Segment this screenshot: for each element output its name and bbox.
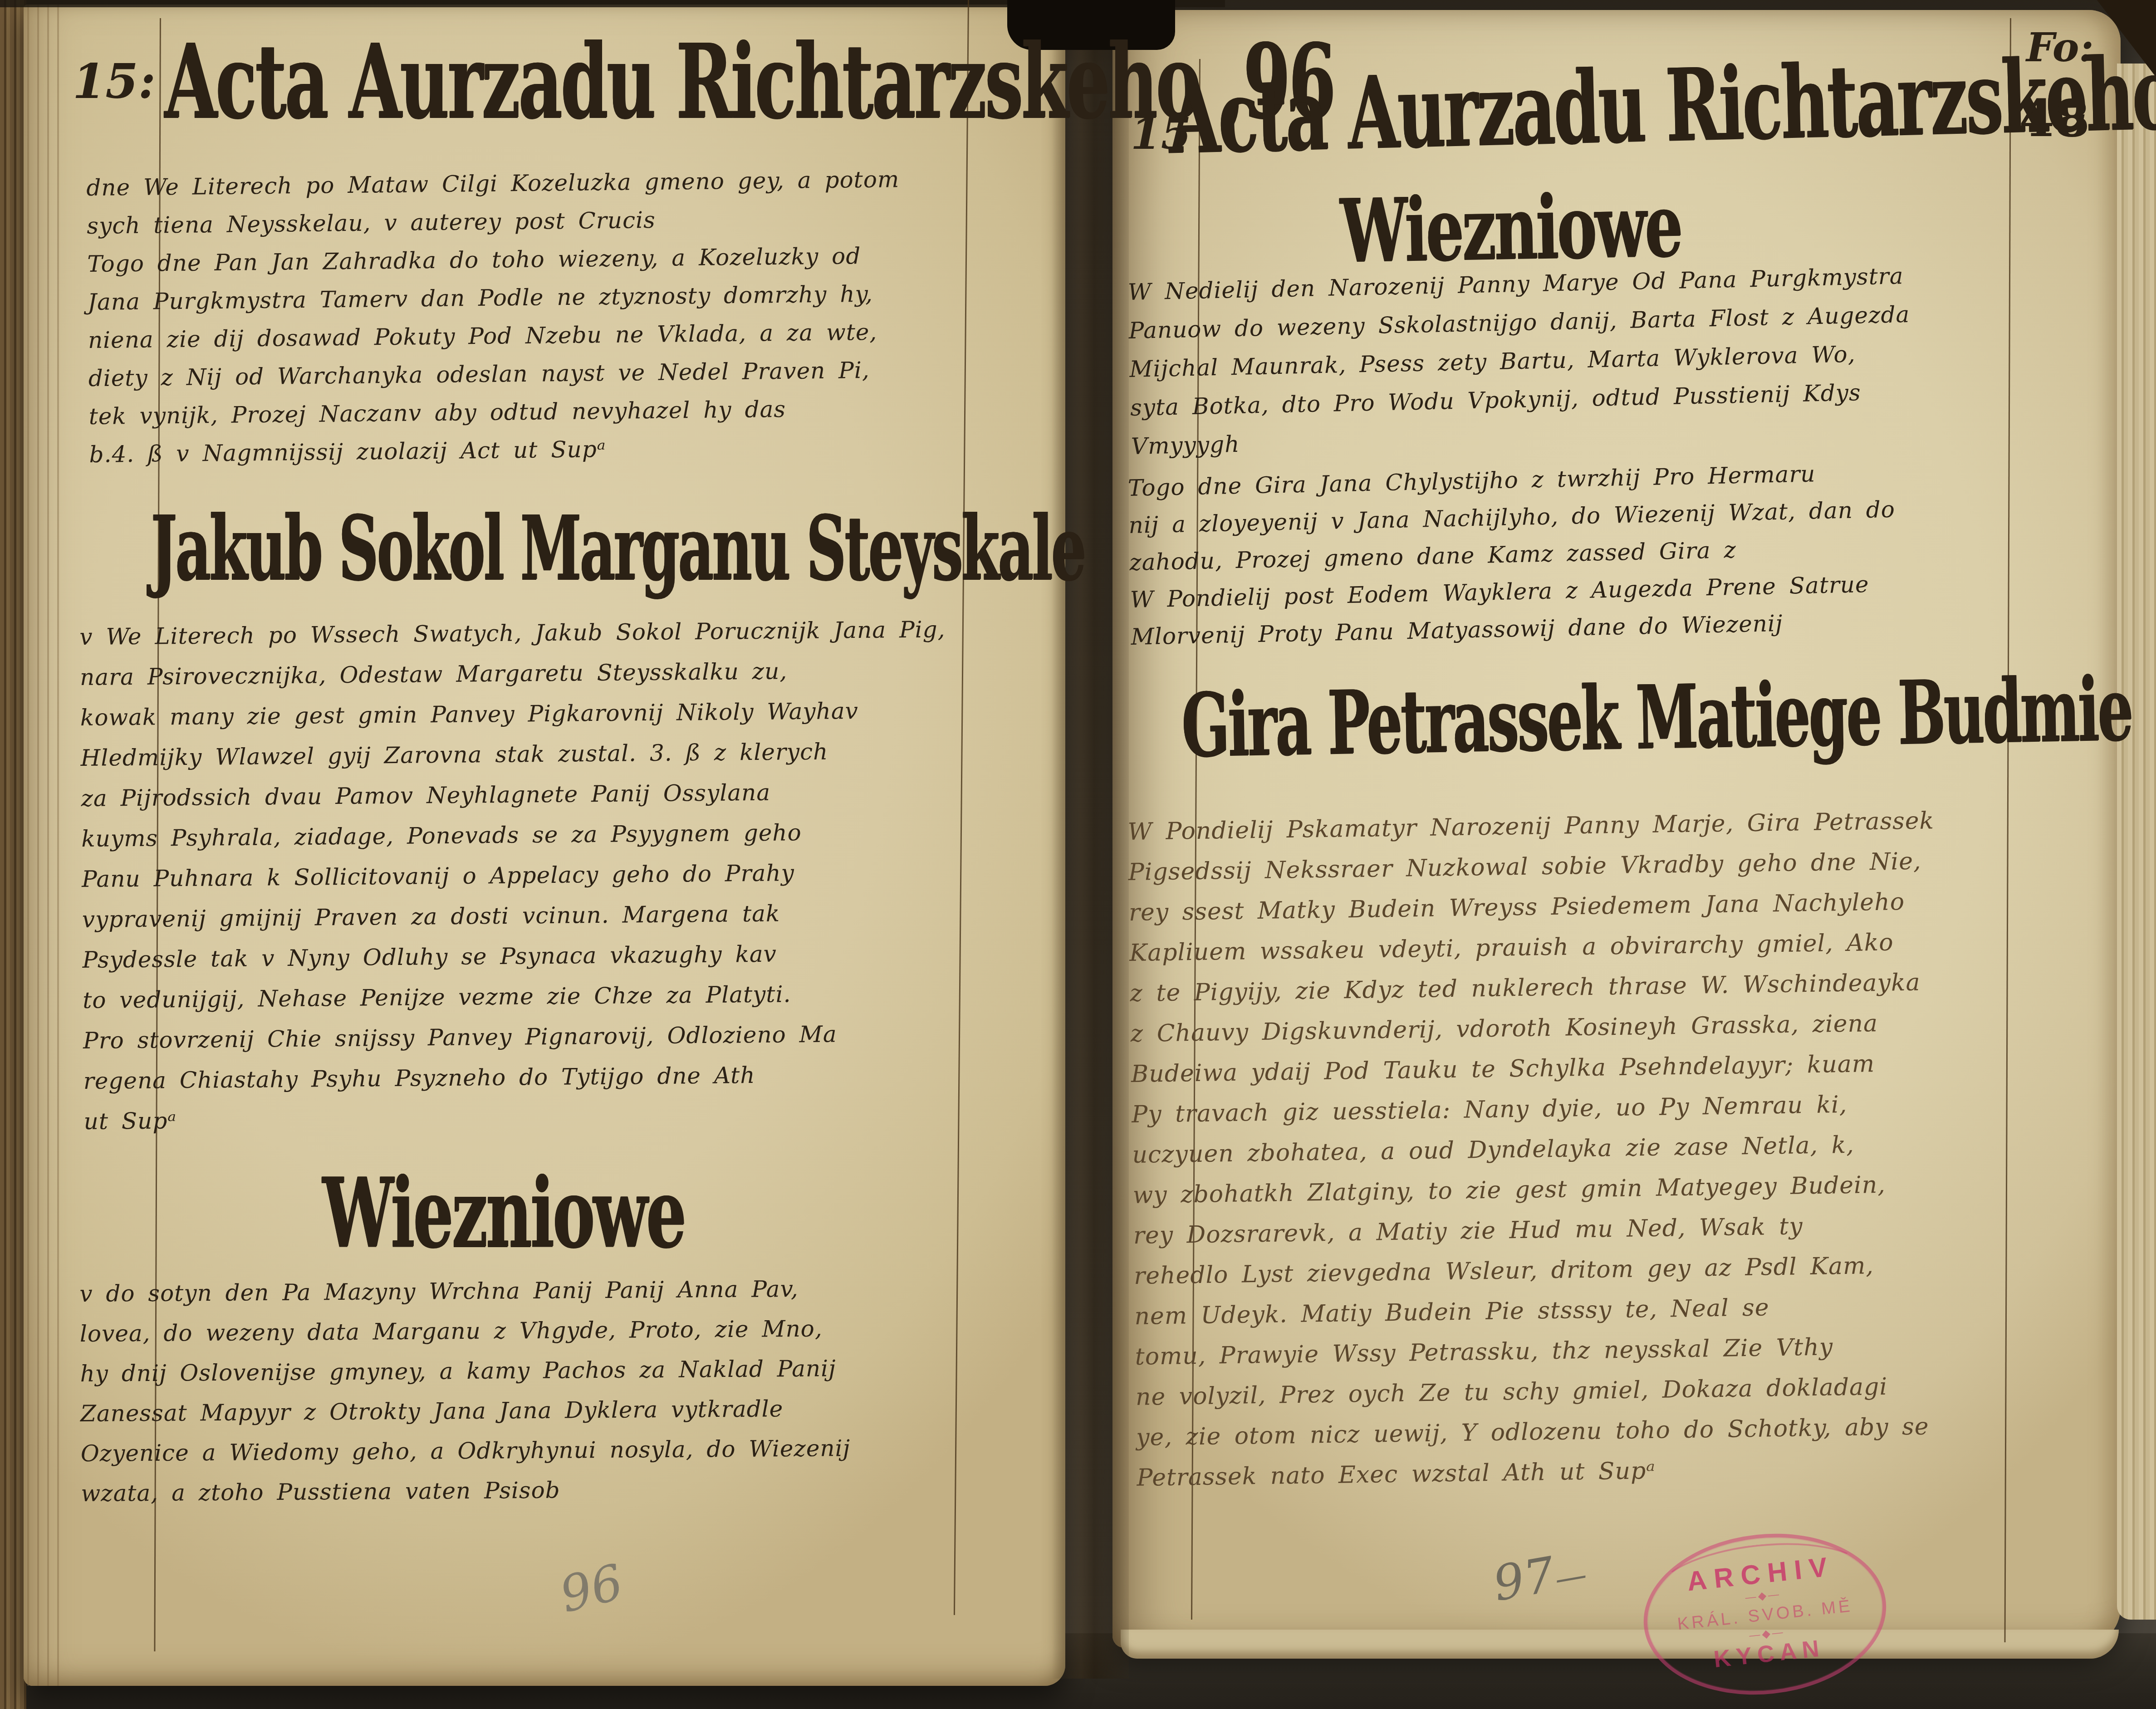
left-margin-folio-mark: 15: <box>73 54 156 109</box>
manuscript-line: Ozyenice a Wiedomy geho, a Odkryhynui no… <box>80 1428 850 1474</box>
manuscript-scan: 15: Acta Aurzadu Richtarzskeho ,96 dne W… <box>0 0 2156 1709</box>
page-fold-lines <box>27 5 66 1686</box>
manuscript-line: v do sotyn den Pa Mazyny Wrchna Panij Pa… <box>79 1268 849 1314</box>
folio-number: 48 <box>2019 89 2090 148</box>
right-paragraph-1: W Nedielij den Narozenij Panny Marye Od … <box>1127 257 1912 466</box>
manuscript-line: Zanessat Mapyyr z Otrokty Jana Jana Dykl… <box>80 1388 850 1434</box>
manuscript-line: Pro stovrzenij Chie snijssy Panvey Pigna… <box>83 1013 949 1061</box>
manuscript-line: kuyms Psyhrala, ziadage, Ponevads se za … <box>81 811 947 859</box>
left-paragraph-3: v do sotyn den Pa Mazyny Wrchna Panij Pa… <box>79 1268 851 1513</box>
right-paragraph-2: Togo dne Gira Jana Chylystijho z twrzhij… <box>1127 454 1898 656</box>
manuscript-line: hy dnij Oslovenijse gmyney, a kamy Pacho… <box>80 1348 850 1394</box>
underlying-page-edge <box>1121 1630 2119 1659</box>
folio-label: Fo: <box>2026 24 2094 71</box>
manuscript-line: v We Literech po Wssech Swatych, Jakub S… <box>79 609 946 657</box>
manuscript-line: to vedunijgij, Nehase Penijze vezme zie … <box>83 973 949 1021</box>
manuscript-line: ut Supᵃ <box>83 1094 950 1142</box>
manuscript-line: vypravenij gmijnij Praven za dosti vcinu… <box>82 892 948 940</box>
manuscript-line: Hledmijky Wlawzel gyij Zarovna stak zust… <box>80 730 946 779</box>
manuscript-line: za Pijrodssich dvau Pamov Neyhlagnete Pa… <box>81 771 947 819</box>
manuscript-line: lovea, do wezeny data Marganu z Vhgyde, … <box>80 1308 850 1354</box>
book-cover-edge <box>0 0 26 1709</box>
manuscript-line: nara Psirovecznijka, Odestaw Margaretu S… <box>80 650 946 698</box>
manuscript-line: kowak many zie gest gmin Panvey Pigkarov… <box>80 690 946 738</box>
manuscript-line: Panu Puhnara k Sollicitovanij o Appelacy… <box>82 852 948 900</box>
binding-gutter-shadow <box>1052 0 1129 1679</box>
pencil-dash: — <box>1552 1556 1590 1598</box>
left-section-heading-wiezniowe: Wiezniowe <box>322 1158 684 1269</box>
book-fore-edge <box>2117 64 2156 1620</box>
right-paragraph-3: W Pondielij Pskamatyr Narozenij Panny Ma… <box>1127 801 1944 1498</box>
left-paragraph-2: v We Literech po Wssech Swatych, Jakub S… <box>79 609 950 1142</box>
manuscript-line: regena Chiastahy Psyhu Psyzneho do Tytij… <box>83 1053 950 1102</box>
manuscript-line: wzata, a ztoho Pusstiena vaten Psisob <box>81 1468 851 1513</box>
left-entry-heading: Jakub Sokol Marganu Steyskale <box>151 495 1084 600</box>
left-paragraph-1: dne We Literech po Mataw Cilgi Kozeluzka… <box>86 160 902 474</box>
manuscript-line: Psydessle tak v Nyny Odluhy se Psynaca v… <box>82 932 948 980</box>
right-entry-heading: Gira Petrassek Matiege Budmie <box>1181 658 2132 777</box>
